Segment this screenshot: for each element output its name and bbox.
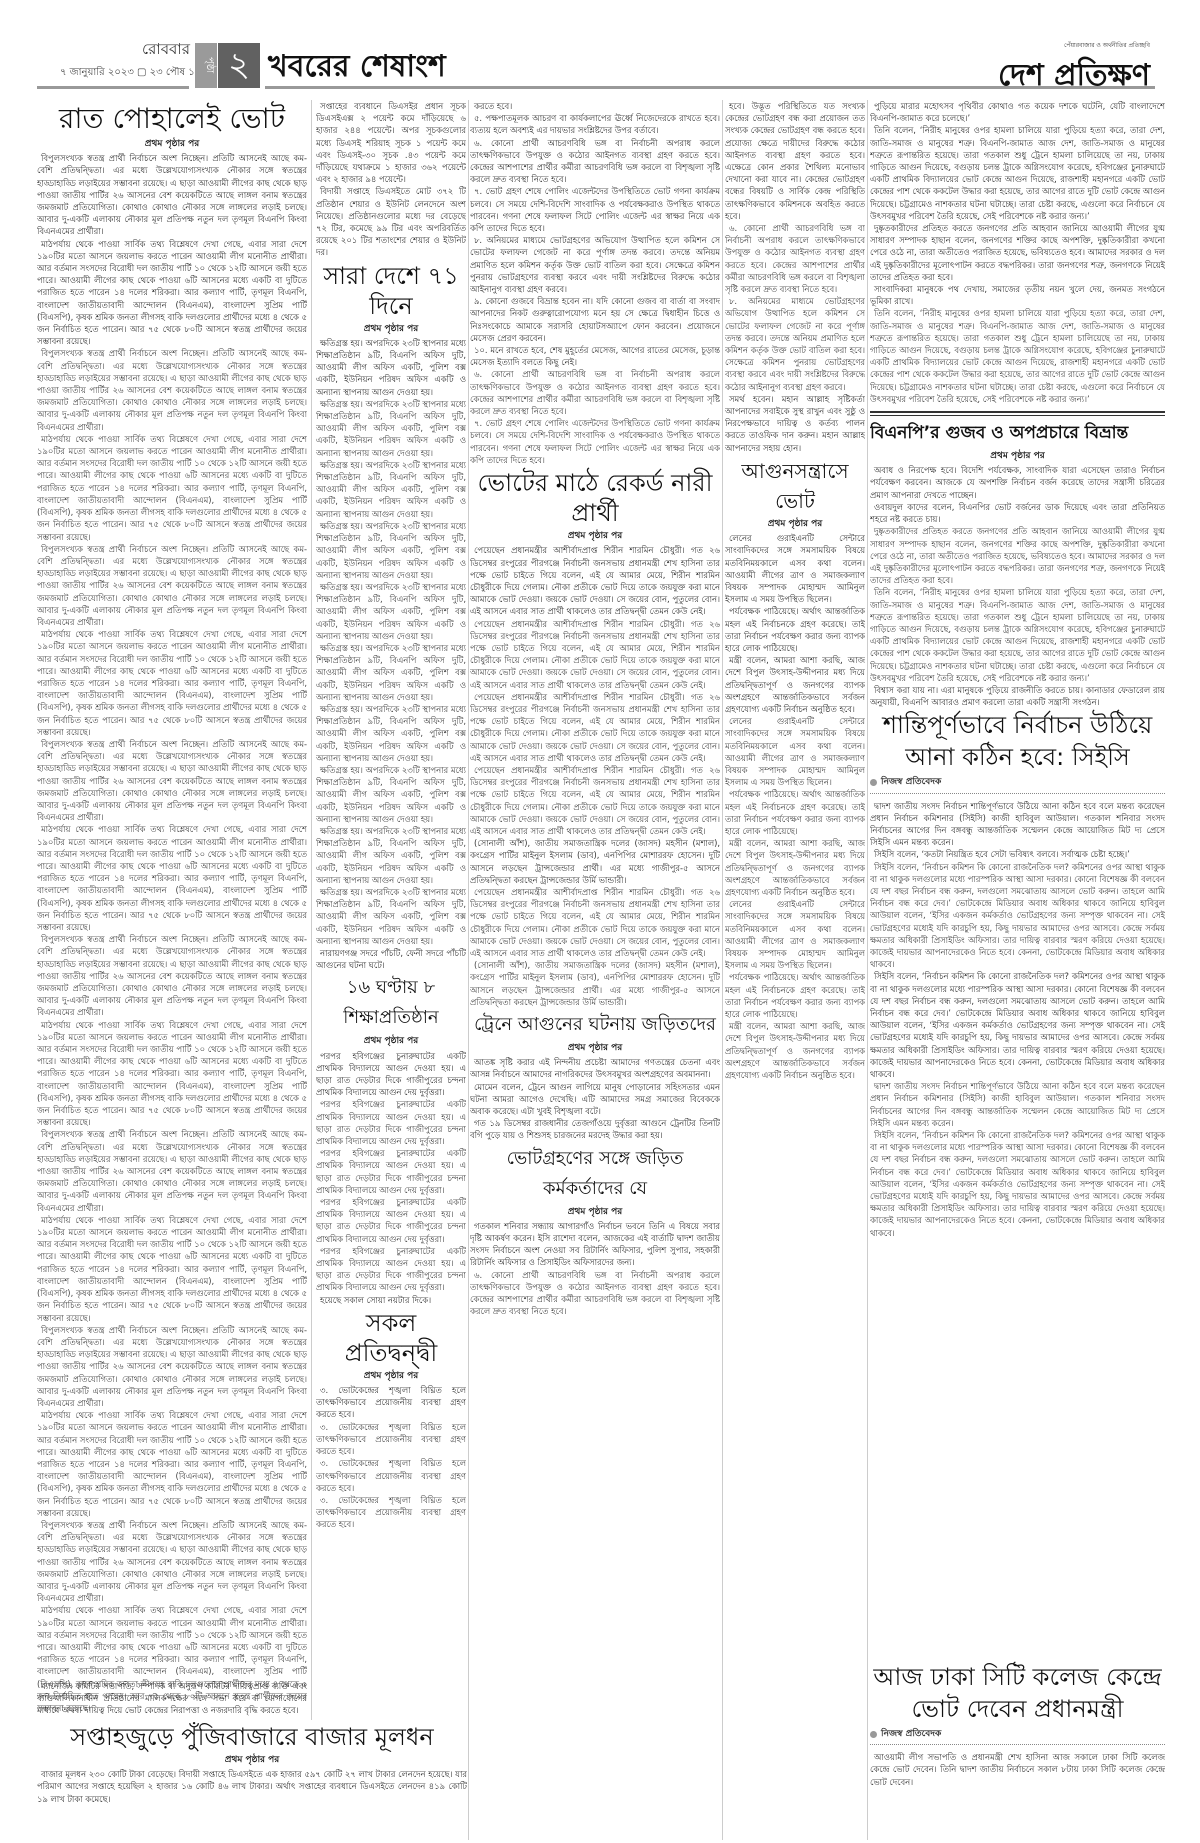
paragraph: বিপুলসংখ্যক স্বতন্ত্র প্রার্থী নির্বাচনে… [37,1324,307,1409]
continuation-label: প্রথম পৃষ্ঠার পর [470,530,720,542]
paragraph: পরপর হবিগঞ্জের চুনারুঘাটের একটি প্রাথমিক… [316,1098,466,1147]
paragraph: ৮. অনিয়মের মাধ্যমে ভোটগ্রহণের অভিযোগ উত… [725,295,865,393]
weekday: রোববার [60,38,190,63]
paragraph: লেনের গুরাইএনটি সেন্টারে সাংবাদিকদের সঙ্… [725,532,865,605]
paragraph: বাজার মূলধন ২৩০ কোটি টাকা বেড়েছে। বিদায… [37,1768,467,1805]
headline: ট্রেনে আগুনের ঘটনায় জড়িতদের [470,1010,720,1040]
paragraph: পরপর হবিগঞ্জের চুনারুঘাটের একটি প্রাথমিক… [316,1196,466,1245]
continuation-label: প্রথম পৃষ্ঠার পর [37,138,307,150]
column-divider [867,100,868,1840]
paragraph: পেয়েছেন প্রধানমন্ত্রীর আশীর্বাদপ্রাপ্ত … [470,691,720,764]
paragraph: পুড়িয়ে মারার মহোৎসব পৃথিবীর কোথাও গত ক… [870,100,1165,124]
headline: ভোটগ্রহণের সঙ্গে জড়িত কর্মকর্তাদের যে [470,1144,720,1204]
paragraph: ক্ষতিগ্রস্ত হয়। অপরদিকে ২৩টি স্থাপনার ম… [316,337,466,398]
paragraph: গত ১৯ ডিসেম্বর রাজধানীর তেজগাঁওয়ে দুর্ব… [470,1117,720,1141]
logo-name: দেশ প্রতিক্ষণ [998,51,1150,102]
column-divider [311,100,312,1720]
paragraph: ক্ষতিগ্রস্ত হয়। অপরদিকে ২৩টি স্থাপনার ম… [316,459,466,520]
paragraph: তিনি বলেন, ‘নিরীহ মানুষের ওপর হামলা চালি… [870,307,1165,405]
paragraph: বিপুলসংখ্যক স্বতন্ত্র প্রার্থী নির্বাচনে… [37,543,307,628]
continuation-label: প্রথম পৃষ্ঠার পর [725,518,865,530]
paragraph: ক্ষতিগ্রস্ত হয়। অপরদিকে ২৩টি স্থাপনার ম… [316,398,466,459]
paragraph: করতে হবে। [470,100,720,112]
article-vote-officers: ভোটগ্রহণের সঙ্গে জড়িত কর্মকর্তাদের যে প… [470,1144,720,1318]
paragraph: ১০. মনে রাখতে হবে, শেষ মুহূর্তের মেসেজ, … [470,344,720,368]
paragraph: ক্ষতিগ্রস্ত হয়। অপরদিকে ২৩টি স্থাপনার ম… [316,581,466,642]
paragraph: পরপর হবিগঞ্জের চুনারুঘাটের একটি প্রাথমিক… [316,1147,466,1196]
column-center: করতে হবে। ৫. পক্ষপাতমূলক আচরণ বা কার্যকল… [470,100,720,1740]
masthead: রোববার ৭ জানুয়ারি ২০২৩ ▢ ২৩ পৌষ ১৪৩০ পৃ… [0,0,1200,95]
article-voter-mathe-record-nari: ভোটের মাঠে রেকর্ড নারী প্রার্থী প্রথম পৃ… [470,468,720,1008]
bullet-icon [870,779,877,786]
paragraph: ম্যানেজিং কমিটির সভাপতি, সম্পাদক বা অনুর… [37,1680,307,1717]
paragraph: ৩. ভোটকেন্দ্রের শৃঙ্খলা বিঘ্নিত হলে তাৎক… [316,1494,466,1531]
date-line: ৭ জানুয়ারি ২০২৩ ▢ ২৩ পৌষ ১৪৩০ [60,65,190,82]
paragraph: ক্ষতিগ্রস্ত হয়। অপরদিকে ২৩টি স্থাপনার ম… [316,642,466,703]
headline: ১৬ ঘণ্টায় ৮ শিক্ষাপ্রতিষ্ঠান [316,973,466,1033]
column-right: পুড়িয়ে মারার মহোৎসব পৃথিবীর কোথাও গত ক… [870,100,1165,1840]
headline: সকল প্রতিদ্বন্দ্বী [316,1308,466,1368]
paragraph: সিইসি বলেন, ‘নির্বাচন কমিশন কি কোনো রাজন… [870,970,1165,1080]
byline-text: নিজস্ব প্রতিবেদক [881,1728,941,1740]
paragraph: মাঠপর্যায় থেকে পাওয়া সার্বিক তথ্য বিশ্… [37,1214,307,1324]
column-left: রাত পোহালেই ভোট প্রথম পৃষ্ঠার পর বিপুলসং… [37,100,307,1740]
paragraph: বিদায়ী সপ্তাহে ডিএসইতে মোট ৩৭২ টি প্রতি… [316,185,466,258]
paragraph: দুষ্কৃতকারীদের প্রতিহত করতে জনগণের প্রতি… [870,222,1165,283]
paragraph: লেনের গুরাইএনটি সেন্টারে সাংবাদিকদের সঙ্… [725,715,865,788]
paragraph: ক্ষতিগ্রস্ত হয়। অপরদিকে ২৩টি স্থাপনার ম… [316,825,466,886]
bullet-icon [870,1731,877,1738]
continuation-label: প্রথম পৃষ্ঠার পর [870,450,1165,462]
column-divider [468,100,469,1840]
paragraph: মাঠপর্যায় থেকে পাওয়া সার্বিক তথ্য বিশ্… [37,823,307,933]
paragraph: আওয়ামী লীগ সভাপতি ও প্রধানমন্ত্রী শেখ হ… [870,1751,1165,1788]
paragraph: ক্ষতিগ্রস্ত হয়। অপরদিকে ২৩টি স্থাপনার ম… [316,703,466,764]
paragraph: পেয়েছেন প্রধানমন্ত্রীর আশীর্বাদপ্রাপ্ত … [470,764,720,837]
paragraph: পরপর হবিগঞ্জের চুনারুঘাটের একটি প্রাথমিক… [316,1050,466,1099]
headline-line-1: শান্তিপূর্ণভাবে নির্বাচন উঠিয়ে [870,710,1165,740]
paragraph: ক্ষতিগ্রস্ত হয়। অপরদিকে ২৩টি স্থাপনার ম… [316,886,466,947]
paragraph: গতকাল শনিবার সন্ধ্যায় আগারগাঁও নির্বাচন… [470,1220,720,1269]
paragraph: আতঙ্ক সৃষ্টি করার এই নিন্দনীয় প্রচেষ্টা… [470,1056,720,1080]
headline: সারা দেশে ৭১ দিনে [316,261,466,321]
headline: ভোটের মাঠে রেকর্ড নারী প্রার্থী [470,468,720,528]
article-sara-deshe-71-dine: সারা দেশে ৭১ দিনে প্রথম পৃষ্ঠার পর ক্ষতি… [316,261,466,947]
paragraph: তিনি বলেন, ‘নিরীহ মানুষের ওপর হামলা চালি… [870,124,1165,222]
paragraph: বিপুলসংখ্যক স্বতন্ত্র প্রার্থী নির্বাচনে… [37,738,307,823]
paragraph: বিপুলসংখ্যক স্বতন্ত্র প্রার্থী নির্বাচনে… [37,1128,307,1213]
paragraph: লেনের গুরাইএনটি সেন্টারে সাংবাদিকদের সঙ্… [725,898,865,971]
column-2: সপ্তাহের ব্যবধানে ডিএসইর প্রধান সূচক ডিএ… [316,100,466,1740]
column-divider [722,100,723,1840]
paragraph: সাংবাদিকরা মানুষকে পথ দেখায়, সমাজের তৃত… [870,283,1165,307]
page-label: পৃষ্ঠা [195,43,217,88]
paragraph: বিপুলসংখ্যক স্বতন্ত্র প্রার্থী নির্বাচনে… [37,152,307,237]
paragraph: সমর্থ হবেন। মহান আল্লাহ সৃষ্টিকর্তা আপনা… [725,393,865,454]
article-pm-vote-city-college: আজ ঢাকা সিটি কলেজ কেন্দ্রে ভোট দেবেন প্র… [870,1660,1165,1840]
date-block: রোববার ৭ জানুয়ারি ২০২৩ ▢ ২৩ পৌষ ১৪৩০ [60,38,190,82]
paragraph: পেয়েছেন প্রধানমন্ত্রীর আশীর্বাদপ্রাপ্ত … [470,544,720,617]
headline-line-1: আজ ঢাকা সিটি কলেজ কেন্দ্রে [870,1662,1165,1692]
article-cec-statement: শান্তিপূর্ণভাবে নির্বাচন উঠিয়ে আনা কঠিন… [870,710,1165,1239]
divider [870,1744,1165,1745]
article-train-fire: ট্রেনে আগুনের ঘটনায় জড়িতদের প্রথম পৃষ্… [470,1010,720,1142]
page-number: ২ [218,43,260,88]
paragraph: ক্ষতিগ্রস্ত হয়। অপরদিকে ২৩টি স্থাপনার ম… [316,520,466,581]
paragraph: পেয়েছেন প্রধানমন্ত্রীর আশীর্বাদপ্রাপ্ত … [470,618,720,691]
headline: রাত পোহালেই ভোট [37,102,307,136]
byline: নিজস্ব প্রতিবেদক [870,1728,1165,1740]
paragraph: মন্ত্রী বলেন, আমরা আশা করছি, আজ দেশে বিপ… [725,654,865,715]
paragraph: পরপর হবিগঞ্জের চুনারুঘাটের একটি প্রাথমিক… [316,1245,466,1294]
paragraph: পর্যবেক্ষক পাঠিয়েছে। অর্থাৎ আন্তর্জাতিক… [725,605,865,654]
paragraph: ৬. কোনো প্রার্থী আচরণবিধি ভঙ্গ বা নির্বা… [470,368,720,417]
paragraph: বিপুলসংখ্যক স্বতন্ত্র প্রার্থী নির্বাচনে… [37,1519,307,1604]
headline: সপ্তাহজুড়ে পুঁজিবাজারে বাজার মূলধন [37,1722,467,1752]
paragraph: বিশ্বাস করা যায় না। এরা মানুষকে পুড়িয়… [870,684,1165,708]
headline: বিএনপি’র গুজব ও অপপ্রচারে বিভ্রান্ত [870,418,1165,448]
article-bnp-rumor: পুড়িয়ে মারার মহোৎসব পৃথিবীর কোথাও গত ক… [870,100,1165,708]
article-code-of-conduct: করতে হবে। ৫. পক্ষপাতমূলক আচরণ বা কার্যকল… [470,100,720,466]
article-16-hours-8-institutions: নারায়ণগঞ্জ সদরে পাঁচটি, ফেনী সদরে পাঁচট… [316,947,466,1294]
paragraph: মাঠপর্যায় থেকে পাওয়া সার্বিক তথ্য বিশ্… [37,1019,307,1129]
continuation-label: প্রথম পৃষ্ঠার পর [316,1035,466,1047]
paragraph: সিইসি বলেন, ‘কতটা নিয়ন্ত্রিত হবে সেটা ভ… [870,848,1165,860]
paragraph: (সোনালী আঁশ), জাতীয় সমাজতান্ত্রিক দলের … [470,837,720,886]
continuation-label: প্রথম পৃষ্ঠার পর [316,323,466,335]
paragraph: ৭. ভোট গ্রহণ শেষে পোলিং এজেন্টদের উপস্থি… [470,417,720,466]
paragraph: দ্বাদশ জাতীয় সংসদ নির্বাচন শান্তিপূর্ণভ… [870,800,1165,849]
divider [870,793,1165,794]
continuation-label: প্রথম পৃষ্ঠার পর [470,1042,720,1054]
paragraph: নারায়ণগঞ্জ সদরে পাঁচটি, ফেনী সদরে পাঁচট… [316,947,466,971]
article-agun-sontrase-vote: আগুনসন্ত্রাসে ভোট প্রথম পৃষ্ঠার পর লেনের… [725,456,865,1081]
paragraph: মন্ত্রী বলেন, আমরা আশা করছি, আজ দেশে বিপ… [725,837,865,898]
article-sokol-protidwondi: হয়েছে সকাল সোয়া নয়টার দিকে। সকল প্রতি… [316,1294,466,1531]
paragraph: মাঠপর্যায় থেকে পাওয়া সার্বিক তথ্য বিশ্… [37,1409,307,1519]
paragraph: মাঠপর্যায় থেকে পাওয়া সার্বিক তথ্য বিশ্… [37,433,307,543]
paragraph: পেয়েছেন প্রধানমন্ত্রীর আশীর্বাদপ্রাপ্ত … [470,886,720,959]
paragraph: ক্ষতিগ্রস্ত হয়। অপরদিকে ২৩টি স্থাপনার ম… [316,764,466,825]
paragraph: দুষ্কৃতকারীদের প্রতিহত করতে জনগণের প্রতি… [870,525,1165,586]
paragraph: ৮. অনিয়মের মাধ্যমে ভোটগ্রহণের অভিযোগ উত… [470,234,720,295]
paragraph: মোমেন বলেন, ট্রেনে আগুন লাগিয়ে মানুষ পো… [470,1081,720,1118]
paragraph: সিইসি বলেন, ‘নির্বাচন কমিশন কি কোনো রাজন… [870,1129,1165,1239]
paragraph: সিইসি বলেন, ‘নির্বাচন কমিশন কি কোনো রাজন… [870,861,1165,971]
headline-line-2: ভোট দেবেন প্রধানমন্ত্রী [870,1694,1165,1724]
logo-tagline: পেঁয়ারবাজার ও অর্থনীতির প্রতিচ্ছবি [998,40,1150,51]
continuation-label: প্রথম পৃষ্ঠার পর [316,1370,466,1382]
byline: নিজস্ব প্রতিবেদক [870,776,1165,788]
column-4: হবে। উদ্ভূত পরিস্থিতিতে যত সংখ্যক কেন্দ্… [725,100,865,1740]
paragraph: তিনি বলেন, ‘নিরীহ মানুষের ওপর হামলা চালি… [870,586,1165,684]
continuation-label: প্রথম পৃষ্ঠার পর [470,1206,720,1218]
paragraph: ৩. ভোটকেন্দ্রের শৃঙ্খলা বিঘ্নিত হলে তাৎক… [316,1457,466,1494]
headline: আগুনসন্ত্রাসে ভোট [725,456,865,516]
paragraph: মাঠপর্যায় থেকে পাওয়া সার্বিক তথ্য বিশ্… [37,238,307,348]
paragraph: ৩. ভোটকেন্দ্রের শৃঙ্খলা বিঘ্নিত হলে তাৎক… [316,1421,466,1458]
paragraph: ৬. কোনো প্রার্থী আচরণবিধি ভঙ্গ বা নির্বা… [470,137,720,186]
masthead-rule [37,86,189,89]
paragraph: সপ্তাহের ব্যবধানে ডিএসইর প্রধান সূচক ডিএ… [316,100,466,185]
paragraph: দ্বাদশ জাতীয় সংসদ নির্বাচন শান্তিপূর্ণভ… [870,1080,1165,1129]
paragraph: বিপুলসংখ্যক স্বতন্ত্র প্রার্থী নির্বাচনে… [37,347,307,432]
paragraph: ৬. কোনো প্রার্থী আচরণবিধি ভঙ্গ বা নির্বা… [470,1269,720,1318]
paragraph: বিপুলসংখ্যক স্বতন্ত্র প্রার্থী নির্বাচনে… [37,933,307,1018]
headline-line-2: আনা কঠিন হবে: সিইসি [870,742,1165,772]
paragraph: ৭. ভোট গ্রহণ শেষে পোলিং এজেন্টদের উপস্থি… [470,185,720,234]
article-rat-pohalei-vote: রাত পোহালেই ভোট প্রথম পৃষ্ঠার পর বিপুলসং… [37,102,307,1714]
paragraph: ৫. পক্ষপাতমূলক আচরণ বা কার্যকলাপের ঊর্ধ্… [470,112,720,136]
paragraph: ৩. ভোটকেন্দ্রের শৃঙ্খলা বিঘ্নিত হলে তাৎক… [316,1384,466,1421]
paragraph: ওবায়দুল কাদের বলেন, বিএনপির ভোট বর্জনের… [870,501,1165,525]
paragraph: (সোনালী আঁশ), জাতীয় সমাজতান্ত্রিক দলের … [470,959,720,1008]
paragraph: মন্ত্রী বলেন, আমরা আশা করছি, আজ দেশে বিপ… [725,1020,865,1081]
paragraph: হবে। উদ্ভূত পরিস্থিতিতে যত সংখ্যক কেন্দ্… [725,100,865,222]
paragraph: হয়েছে সকাল সোয়া নয়টার দিকে। [316,1294,466,1306]
newspaper-logo: পেঁয়ারবাজার ও অর্থনীতির প্রতিচ্ছবি দেশ … [998,40,1150,102]
byline-text: নিজস্ব প্রতিবেদক [881,776,941,788]
paragraph: পর্যবেক্ষক পাঠিয়েছে। অর্থাৎ আন্তর্জাতিক… [725,788,865,837]
paragraph: মাঠপর্যায় থেকে পাওয়া সার্বিক তথ্য বিশ্… [37,628,307,738]
paragraph: অবাধ ও নিরপেক্ষ হবে। বিদেশি পর্যবেক্ষক, … [870,464,1165,501]
continuation-label: প্রথম পৃষ্ঠার পর [37,1754,467,1766]
paragraph: পর্যবেক্ষক পাঠিয়েছে। অর্থাৎ আন্তর্জাতিক… [725,971,865,1020]
paragraph: ৬. কোনো প্রার্থী আচরণবিধি ভঙ্গ বা নির্বা… [725,222,865,295]
paragraph: ৯. কোনো গুজবে বিভ্রান্ত হবেন না। যদি কোন… [470,295,720,344]
article-weekly-market-cap: সপ্তাহজুড়ে পুঁজিবাজারে বাজার মূলধন প্রথ… [37,1720,467,1830]
